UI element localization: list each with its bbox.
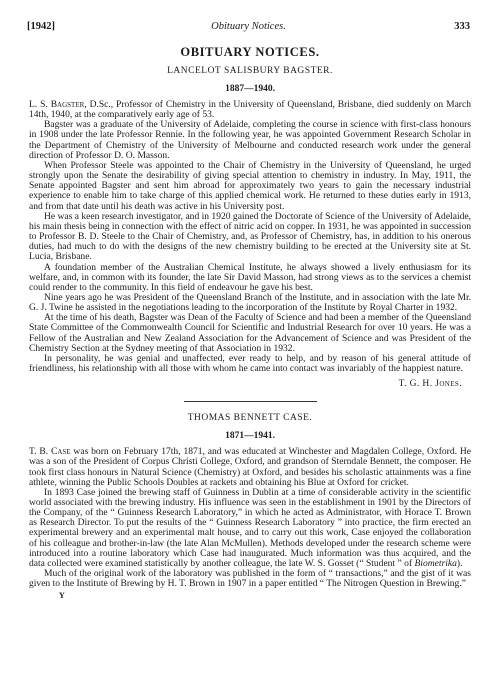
page-number: 333 (454, 21, 470, 32)
paragraph: T. B. Case was born on February 17th, 18… (29, 447, 471, 488)
signature-mark: Y (59, 591, 471, 601)
paragraph: At the time of his death, Bagster was De… (29, 313, 471, 354)
paragraph: L. S. Bagster, D.Sc., Professor of Chemi… (29, 100, 471, 120)
paragraph: Much of the original work of the laborat… (29, 569, 471, 589)
obituary-name: LANCELOT SALISBURY BAGSTER. (29, 65, 471, 77)
obituary-dates: 1887—1940. (29, 83, 471, 95)
obituary-name: THOMAS BENNETT CASE. (29, 412, 471, 424)
author-signature: T. G. H. Jones. (29, 378, 462, 390)
paragraph: In personality, he was genial and unaffe… (29, 354, 471, 374)
paragraph: A foundation member of the Australian Ch… (29, 263, 471, 293)
page-body: OBITUARY NOTICES. LANCELOT SALISBURY BAG… (29, 45, 471, 601)
section-divider (184, 401, 317, 402)
paragraph: In 1893 Case joined the brewing staff of… (29, 488, 471, 569)
paragraph: When Professor Steele was appointed to t… (29, 161, 471, 212)
section-title: OBITUARY NOTICES. (29, 45, 471, 60)
running-head: [1942] Obituary Notices. 333 (27, 21, 470, 35)
paragraph: Bagster was a graduate of the University… (29, 120, 471, 161)
obituary-dates: 1871—1941. (29, 430, 471, 442)
obituary-case: THOMAS BENNETT CASE. 1871—1941. T. B. Ca… (29, 412, 471, 601)
journal-section-title: Obituary Notices. (27, 21, 470, 32)
obituary-bagster: LANCELOT SALISBURY BAGSTER. 1887—1940. L… (29, 65, 471, 390)
paragraph: He was a keen research investigator, and… (29, 212, 471, 263)
paragraph: Nine years ago he was President of the Q… (29, 293, 471, 313)
